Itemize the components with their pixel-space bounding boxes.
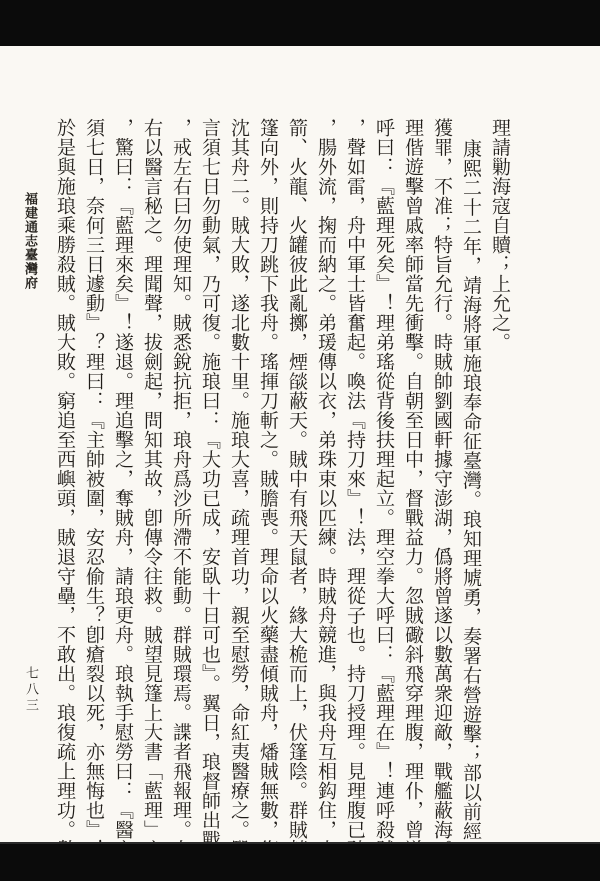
- text-column-1: 理請勦海寇自贖；上允之。: [485, 118, 514, 880]
- text-column-9: 篷向外，則持刀跳下我舟。瑤揮刀斬之。賊膽喪。理命以火藥盡傾賊舟，燔賊無數，復: [253, 118, 282, 880]
- text-column-4: 理偕遊擊曾戚率師當先衝擊。自朝至日中，督戰益力。忽賊礮斜飛穿理腹，理仆，曾遂: [398, 118, 427, 880]
- text-column-14: ，驚曰：『藍理來矣』！遂退。理追擊之，奪賊舟，請琅更舟。琅執手慰勞曰：『醫言: [108, 118, 137, 880]
- text-column-6: ，聲如雷，舟中軍士皆奮起。喚法『持刀來』！法，理從子也。持刀授理。見理腹已破: [340, 118, 369, 880]
- page-number: 七八三: [23, 666, 39, 746]
- book-page: 福建通志臺灣府 七八三 理請勦海寇自贖；上允之。 康熙二十二年，靖海將軍施琅奉命…: [0, 46, 600, 842]
- text-column-7: ，腸外流，掬而納之。弟瑗傳以衣，弟珠束以匹練。時賊舟競進，與我舟互相鈎住，火: [311, 118, 340, 880]
- book-title-margin: 福建通志臺灣府: [22, 192, 38, 322]
- scan-edge-bottom: [0, 842, 600, 881]
- text-column-2: 康熙二十二年，靖海將軍施琅奉命征臺灣。琅知理虓勇，奏署右營遊擊；部以前經: [456, 118, 485, 880]
- text-column-8: 箭、火龍、火罐彼此亂擲，煙燄蔽天。賊中有飛天鼠者，緣大桅而上，伏篷陰。群賊轉: [282, 118, 311, 880]
- text-column-5: 呼曰：『藍理死矣』！理弟瑤從背後扶理起立。理空拳大呼曰：『藍理在』！連呼殺賊: [369, 118, 398, 880]
- vertical-text-body: 理請勦海寇自贖；上允之。 康熙二十二年，靖海將軍施琅奉命征臺灣。琅知理虓勇，奏署…: [48, 118, 514, 880]
- text-column-15: 須七日，奈何三日遽動』？理曰：『主帥被圍，安忍偷生？卽瘡裂以死，亦無悔也』！: [79, 118, 108, 880]
- text-column-16: 於是與施琅乘勝殺賊。賊大敗。窮追至西嶼頭，賊退守壘，不敢出。琅復疏上理功。數: [50, 118, 79, 880]
- text-column-13: 右以醫言秘之。理聞聲，拔劍起，問知其故，卽傳令往救。賊望見篷上大書「藍理」字: [137, 118, 166, 880]
- scan-edge-top: [0, 0, 600, 48]
- text-column-3: 獲罪，不准；特旨允行。時賊帥劉國軒據守澎湖，僞將曾遂以數萬衆迎敵，戰艦蔽海。: [427, 118, 456, 880]
- text-column-12: ，戒左右曰勿使理知。賊悉銳抗拒，琅舟爲沙所滯不能動。群賊環焉。諜者飛報理。左: [166, 118, 195, 880]
- text-column-10: 沈其舟二。賊大敗，遂北數十里。施琅大喜，疏理首功，親至慰勞，命紅夷醫療之。醫: [224, 118, 253, 880]
- text-column-11: 言須七日勿動氣，乃可復。施琅曰：『大功已成，安臥十日可也』。翼日，琅督師出戰: [195, 118, 224, 880]
